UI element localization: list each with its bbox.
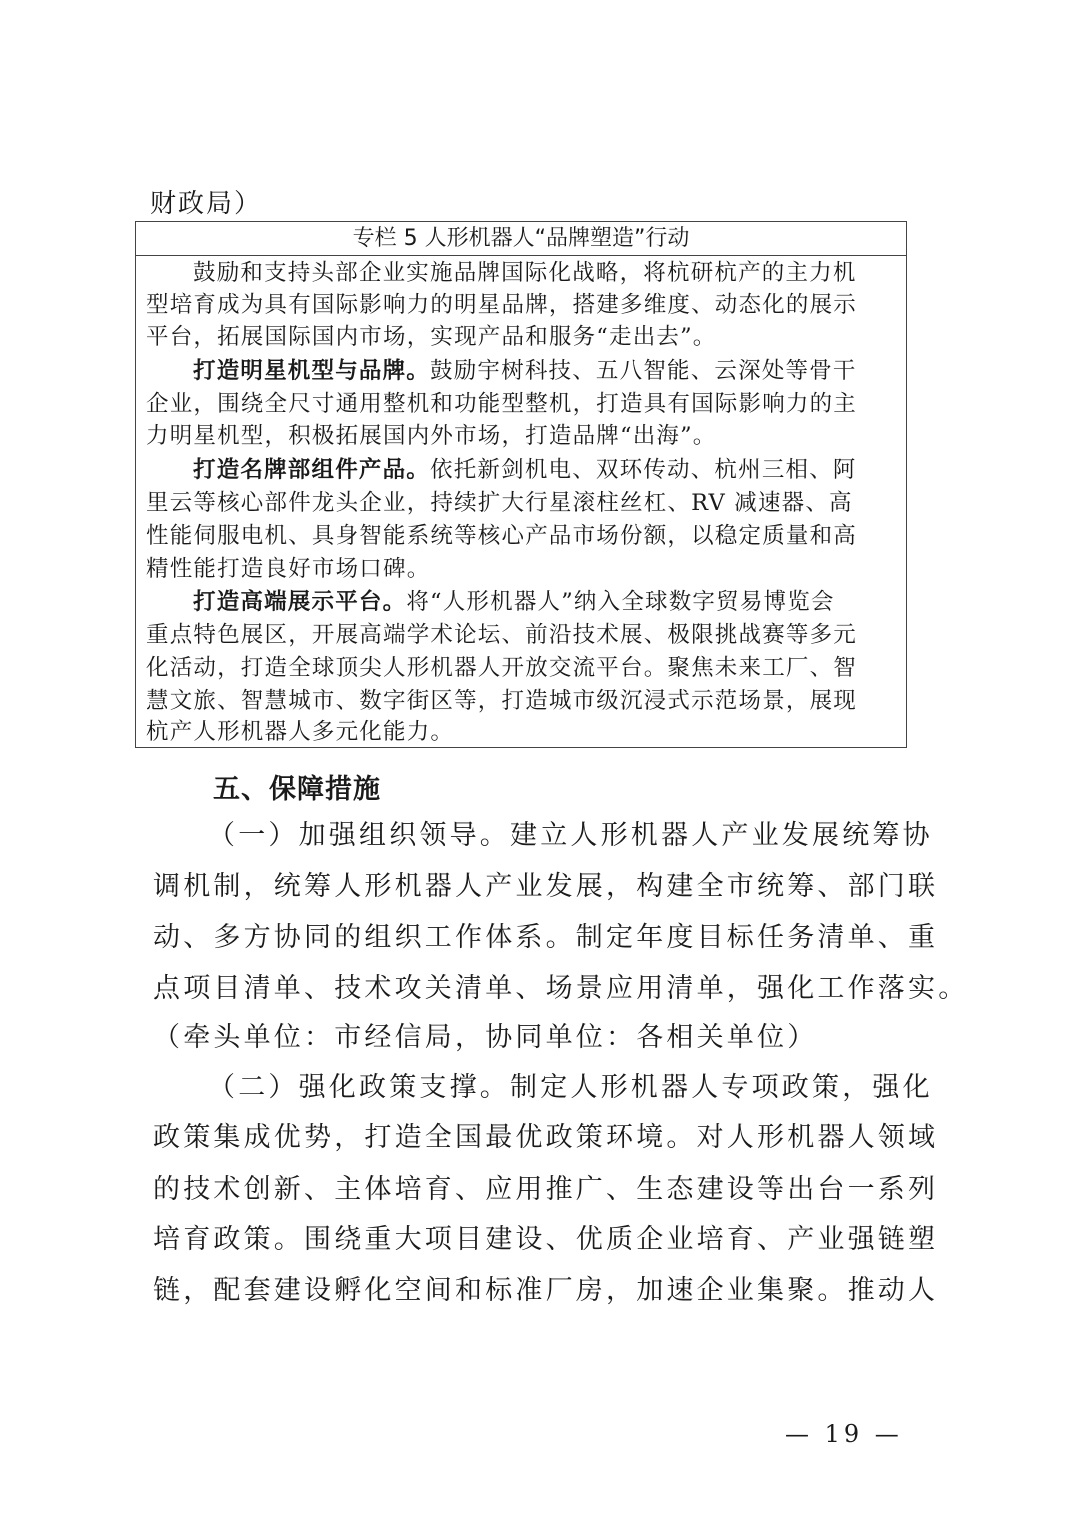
box-line: 鼓励和支持头部企业实施品牌国际化战略，将杭研杭产的主力机 bbox=[193, 259, 857, 288]
box-line: 打造名牌部组件产品。依托新剑机电、双环传动、杭州三相、阿 bbox=[193, 456, 857, 485]
paragraph-line: 点项目清单、技术攻关清单、场景应用清单，强化工作落实。 bbox=[153, 971, 968, 1007]
box-line: 里云等核心部件龙头企业，持续扩大行星滚柱丝杠、RV 减速器、高 bbox=[146, 489, 853, 518]
paragraph-line: （牵头单位：市经信局，协同单位：各相关单位） bbox=[153, 1020, 817, 1056]
paragraph-line: （一）加强组织领导。建立人形机器人产业发展统筹协 bbox=[208, 818, 933, 854]
feature-box-title: 专栏 5 人形机器人“品牌塑造”行动 bbox=[136, 222, 906, 256]
box-line: 性能伺服电机、具身智能系统等核心产品市场份额，以稳定质量和高 bbox=[146, 522, 857, 551]
paragraph-line: 链，配套建设孵化空间和标准厂房，加速企业集聚。推动人 bbox=[153, 1273, 938, 1309]
box-line: 化活动，打造全球顶尖人形机器人开放交流平台。聚焦未来工厂、智 bbox=[146, 654, 857, 683]
box-line: 慧文旅、智慧城市、数字街区等，打造城市级沉浸式示范场景，展现 bbox=[146, 687, 857, 716]
paragraph-line: 政策集成优势，打造全国最优政策环境。对人形机器人领域 bbox=[153, 1120, 938, 1156]
box-line: 型培育成为具有国际影响力的明星品牌，搭建多维度、动态化的展示 bbox=[146, 291, 857, 320]
box-line: 力明星机型，积极拓展国内外市场，打造品牌“出海”。 bbox=[146, 422, 717, 451]
paragraph-line: 调机制，统筹人形机器人产业发展，构建全市统筹、部门联 bbox=[153, 869, 938, 905]
box-line: 平台，拓展国际国内市场，实现产品和服务“走出去”。 bbox=[146, 323, 717, 352]
continuation-text: 财政局） bbox=[150, 183, 262, 220]
box-line: 打造明星机型与品牌。鼓励宇树科技、五八智能、云深处等骨干 bbox=[193, 357, 857, 386]
box-line: 重点特色展区，开展高端学术论坛、前沿技术展、极限挑战赛等多元 bbox=[146, 621, 857, 650]
box-line: 企业，围绕全尺寸通用整机和功能型整机，打造具有国际影响力的主 bbox=[146, 390, 857, 419]
paragraph-line: 培育政策。围绕重大项目建设、优质企业培育、产业强链塑 bbox=[153, 1222, 938, 1258]
section-heading: 五、保障措施 bbox=[213, 767, 381, 806]
box-line: 杭产人形机器人多元化能力。 bbox=[146, 718, 454, 747]
box-line: 精性能打造良好市场口碑。 bbox=[146, 555, 430, 584]
paragraph-line: 动、多方协同的组织工作体系。制定年度目标任务清单、重 bbox=[153, 920, 938, 956]
paragraph-line: （二）强化政策支撑。制定人形机器人专项政策，强化 bbox=[208, 1070, 933, 1106]
paragraph-line: 的技术创新、主体培育、应用推广、生态建设等出台一系列 bbox=[153, 1172, 938, 1208]
box-line: 打造高端展示平台。将“人形机器人”纳入全球数字贸易博览会 bbox=[193, 588, 835, 617]
feature-box: 专栏 5 人形机器人“品牌塑造”行动 鼓励和支持头部企业实施品牌国际化战略，将杭… bbox=[135, 221, 907, 748]
page-number: — 19 — bbox=[785, 1420, 903, 1448]
